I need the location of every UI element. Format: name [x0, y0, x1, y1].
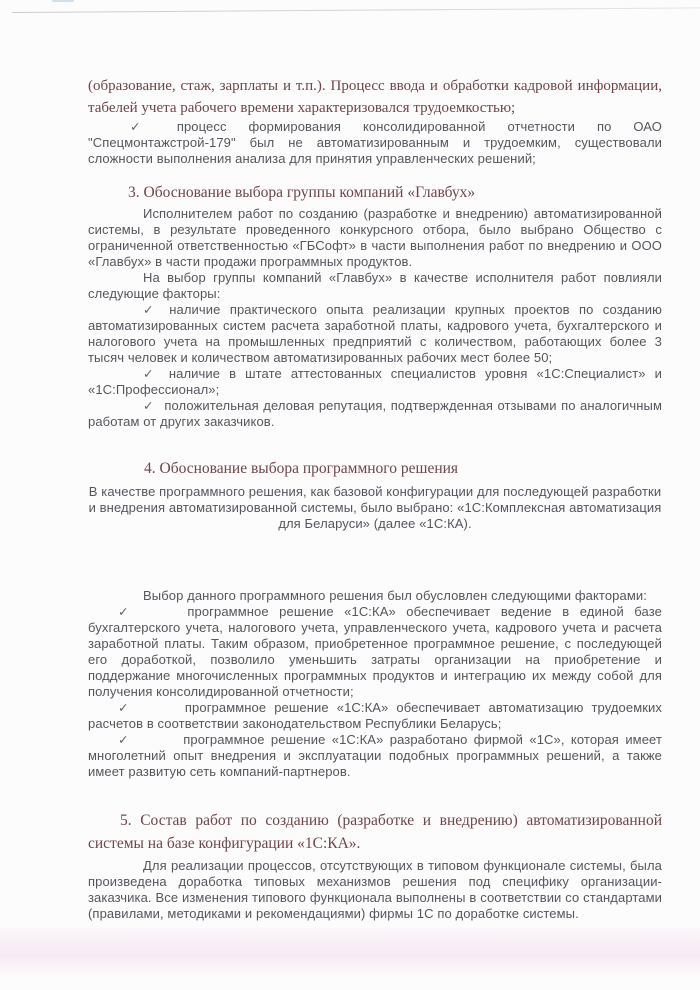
- section-4-paragraph-2: Выбор данного программного решения был о…: [88, 588, 662, 604]
- bullet-text: программное решение «1С:КА» разработано …: [88, 732, 662, 779]
- intro-paragraph: (образование, стаж, зарплаты и т.п.). Пр…: [88, 76, 662, 119]
- section-4-heading: 4. Обоснование выбора программного решен…: [88, 458, 662, 480]
- section-5-heading: 5. Состав работ по созданию (разработке …: [88, 810, 662, 855]
- section-3-paragraph-1: Исполнителем работ по созданию (разработ…: [88, 206, 662, 270]
- section-3-paragraph-2: На выбор группы компаний «Главбух» в кач…: [88, 270, 662, 302]
- section-4-bullet-3: ✓программное решение «1С:КА» разработано…: [88, 732, 662, 780]
- bullet-text: наличие в штате аттестованных специалист…: [88, 366, 662, 397]
- section-3-heading: 3. Обоснование выбора группы компаний «Г…: [88, 182, 662, 204]
- check-icon: ✓: [143, 303, 159, 317]
- scanned-document-page: (образование, стаж, зарплаты и т.п.). Пр…: [0, 0, 700, 990]
- section-3-bullet-1: ✓наличие практического опыта реализации …: [88, 302, 662, 366]
- check-icon: ✓: [143, 399, 154, 413]
- scan-artifact-bottom-tint: [0, 928, 700, 976]
- section-3-bullet-3: ✓положительная деловая репутация, подтве…: [88, 398, 662, 430]
- check-icon: ✓: [143, 367, 159, 381]
- intro-bullet-item: ✓процесс формирования консолидированной …: [88, 119, 662, 167]
- bullet-text: программное решение «1С:КА» обеспечивает…: [88, 700, 662, 731]
- section-5-paragraph-1: Для реализации процессов, отсутствующих …: [88, 858, 662, 922]
- check-icon: ✓: [130, 120, 159, 134]
- section-4-bullet-1: ✓программное решение «1С:КА» обеспечивае…: [88, 604, 662, 700]
- check-icon: ✓: [118, 701, 133, 715]
- bullet-text: наличие практического опыта реализации к…: [88, 302, 662, 365]
- bullet-text: программное решение «1С:КА» обеспечивает…: [88, 604, 662, 699]
- bullet-text: положительная деловая репутация, подтвер…: [88, 398, 662, 429]
- check-icon: ✓: [118, 605, 135, 619]
- section-3-bullet-2: ✓наличие в штате аттестованных специалис…: [88, 366, 662, 398]
- check-icon: ✓: [118, 733, 131, 747]
- scan-artifact-speck: [52, 0, 74, 2]
- section-4-paragraph-1: В качестве программного решения, как баз…: [88, 484, 662, 532]
- document-content: (образование, стаж, зарплаты и т.п.). Пр…: [88, 0, 662, 922]
- intro-bullet-text: процесс формирования консолидированной о…: [88, 119, 662, 166]
- section-4-bullet-2: ✓программное решение «1С:КА» обеспечивае…: [88, 700, 662, 732]
